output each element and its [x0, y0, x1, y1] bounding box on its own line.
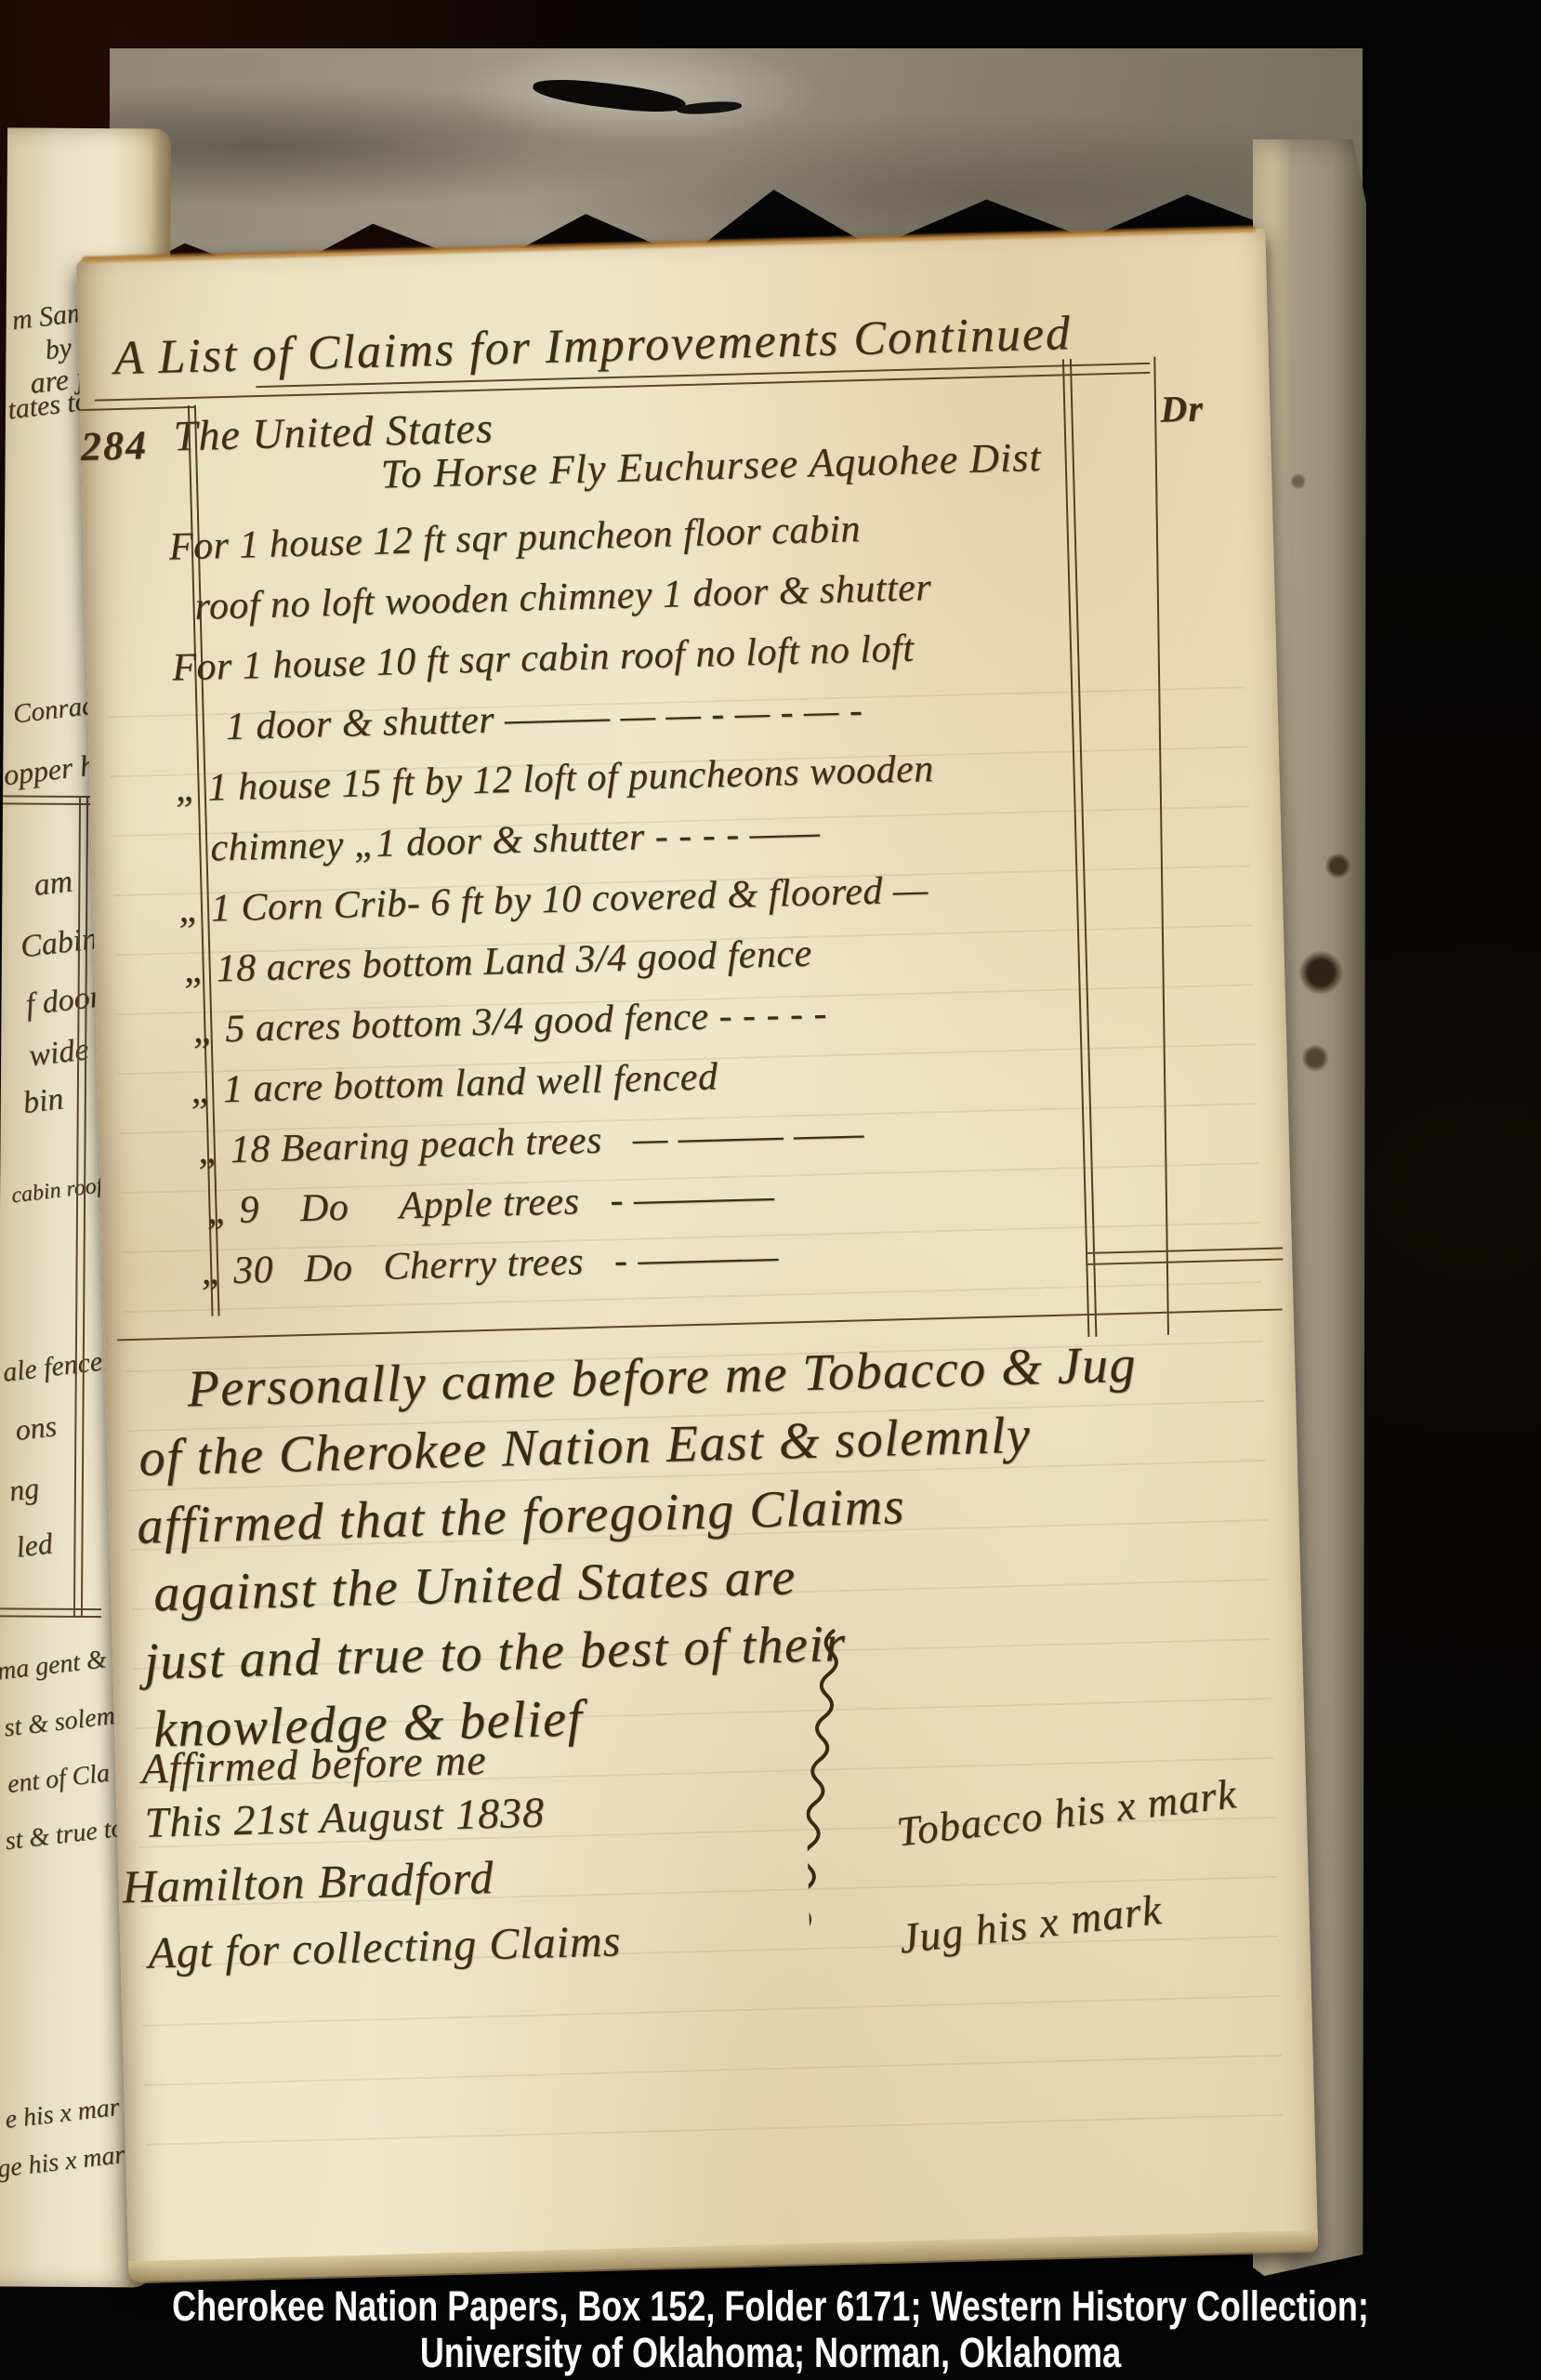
- debit-abbreviation: Dr: [1160, 386, 1205, 430]
- left-page-text-fragment: ng: [7, 1471, 41, 1508]
- claims-list: For 1 house 12 ft sqr puncheon floor cab…: [168, 494, 1081, 1302]
- archive-caption: Cherokee Nation Papers, Box 152, Folder …: [154, 2283, 1387, 2376]
- agent-signature: Hamilton Bradford: [122, 1850, 494, 1913]
- left-page-text-fragment: f door: [24, 979, 104, 1023]
- left-page-text-fragment: e his x mar: [4, 2093, 122, 2135]
- wavy-brace-mark: [802, 1627, 871, 1980]
- claim-number: 284: [80, 421, 148, 470]
- affirmed-before-line: Affirmed before me: [141, 1735, 488, 1793]
- caption-line-2: University of Oklahoma; Norman, Oklahoma: [154, 2330, 1387, 2376]
- left-page-text-fragment: ent of Cla: [6, 1759, 111, 1800]
- left-page-table-rule: [3, 795, 99, 798]
- cover-crack: [677, 100, 743, 116]
- affidavit-paragraph: Personally came before me Tobacco & Jugo…: [133, 1327, 1296, 1764]
- left-page-table-rule: [0, 1615, 101, 1618]
- left-page-text-fragment: st & solemn: [3, 1699, 130, 1743]
- agent-title: Agt for collecting Claims: [148, 1915, 622, 1978]
- table-top-rule: [80, 406, 195, 411]
- caption-line-1: Cherokee Nation Papers, Box 152, Folder …: [154, 2283, 1387, 2330]
- left-page-text-fragment: bin: [21, 1081, 66, 1121]
- table-rule-vertical: [1153, 357, 1169, 1335]
- left-page-text-fragment: am: [32, 865, 74, 905]
- table-rule-horizontal: [1086, 1259, 1283, 1266]
- left-page-text-fragment: ge his x mar: [0, 2140, 126, 2185]
- left-page-table-rule: [3, 802, 99, 805]
- cover-crack: [532, 74, 687, 117]
- attestation-date: This 21st August 1838: [144, 1788, 546, 1847]
- left-page-text-fragment: cabin roof: [10, 1173, 104, 1209]
- left-page-text-fragment: ons: [13, 1408, 58, 1448]
- tobacco-his-mark: Tobacco his x mark: [894, 1769, 1239, 1856]
- left-page-text-fragment: st & true to: [4, 1814, 125, 1858]
- page-title: A List of Claims for Improvements Contin…: [113, 306, 1073, 386]
- manuscript-page: A List of Claims for Improvements Contin…: [76, 229, 1319, 2282]
- table-rule-horizontal: [1086, 1248, 1283, 1255]
- left-page-text-fragment: led: [14, 1527, 54, 1565]
- jug-his-mark: Jug his x mark: [897, 1884, 1165, 1963]
- left-page-text-fragment: wide: [27, 1032, 90, 1074]
- left-page-table-rule: [73, 798, 81, 1616]
- left-page-text-fragment: ale fence: [1, 1346, 104, 1389]
- left-page-table-rule: [81, 798, 88, 1616]
- left-page-table-rule: [0, 1607, 101, 1610]
- archival-photo: m Samby affiare jutates to thConrad his …: [0, 0, 1541, 2380]
- left-page-fragments: m Samby affiare jutates to thConrad his …: [7, 127, 171, 128]
